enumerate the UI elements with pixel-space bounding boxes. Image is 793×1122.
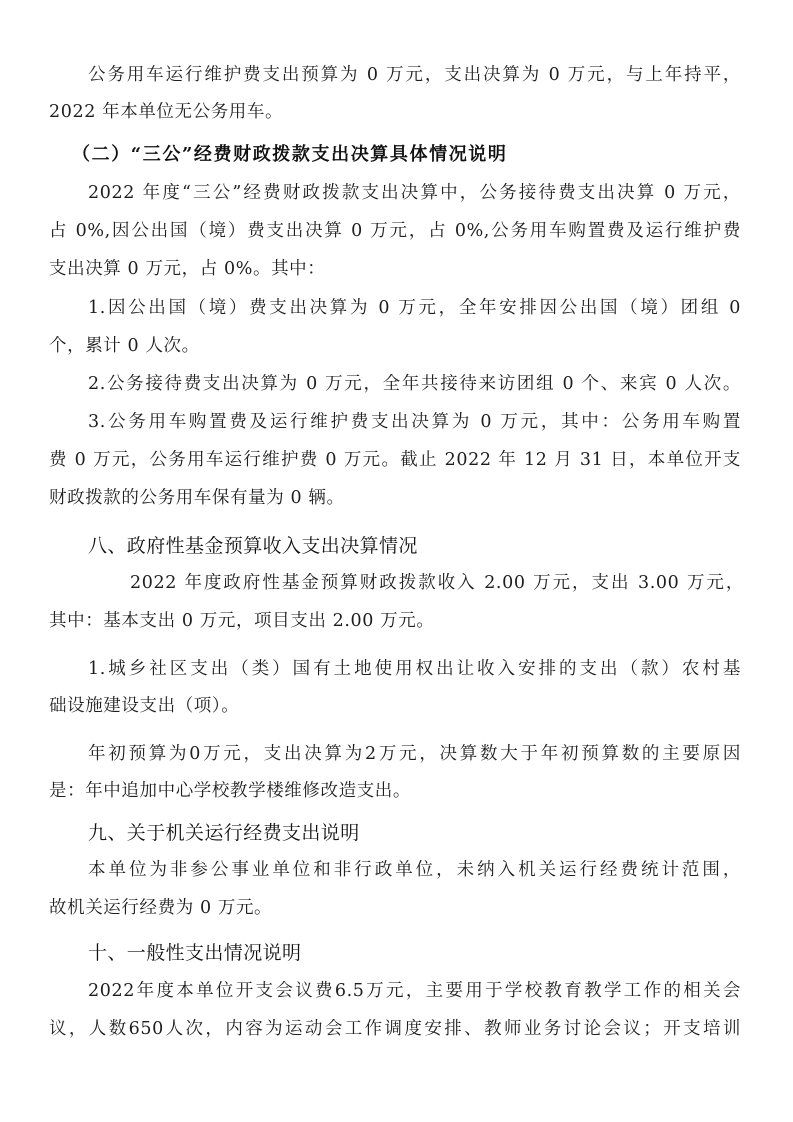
list-item-line: 费 0 万元，公务用车运行维护费 0 万元。截止 2022 年 12 月 31 … (49, 449, 741, 471)
list-item-line: 1.城乡社区支出（类）国有土地使用权出让收入安排的支出（款）农村基 (88, 658, 741, 680)
list-item-line: 1.因公出国（境）费支出决算为 0 万元，全年安排因公出国（境）团组 0 (88, 297, 741, 319)
section-heading-general-expenses: 十、一般性支出情况说明 (88, 942, 788, 964)
paragraph-line: 2022年度本单位开支会议费6.5万元，主要用于学校教育教学工作的相关会 (88, 980, 741, 1002)
paragraph-line: 议，人数650人次，内容为运动会工作调度安排、教师业务讨论会议；开支培训 (49, 1018, 741, 1040)
section-heading-operating-expenses: 九、关于机关运行经费支出说明 (88, 822, 788, 844)
list-item-line: 2.公务接待费支出决算为 0 万元，全年共接待来访团组 0 个、来宾 0 人次。 (88, 373, 741, 395)
paragraph-line: 其中：基本支出 0 万元，项目支出 2.00 万元。 (49, 610, 749, 632)
list-item-line: 3.公务用车购置费及运行维护费支出决算为 0 万元，其中：公务用车购置 (88, 411, 741, 433)
paragraph-line: 支出决算 0 万元，占 0%。其中： (49, 258, 749, 280)
paragraph-line: 年初预算为0万元，支出决算为2万元，决算数大于年初预算数的主要原因 (88, 743, 741, 765)
paragraph-line: 2022 年本单位无公务用车。 (49, 101, 749, 123)
list-item-line: 财政拨款的公务用车保有量为 0 辆。 (49, 487, 749, 509)
paragraph-line: 2022 年度“三公”经费财政拨款支出决算中，公务接待费支出决算 0 万元， (88, 182, 741, 204)
paragraph-line: 是：年中追加中心学校教学楼维修改造支出。 (49, 780, 749, 802)
paragraph-line: 公务用车运行维护费支出预算为 0 万元，支出决算为 0 万元，与上年持平， (88, 64, 741, 86)
list-item-line: 础设施建设支出（项）。 (49, 695, 749, 717)
subheading-three-public-expenses: （二）“三公”经费财政拨款支出决算具体情况说明 (72, 144, 772, 166)
paragraph-line: 占 0%,因公出国（境）费支出决算 0 万元，占 0%,公务用车购置费及运行维护… (49, 220, 741, 242)
document-page: 公务用车运行维护费支出预算为 0 万元，支出决算为 0 万元，与上年持平， 20… (0, 0, 793, 1122)
list-item-line: 个，累计 0 人次。 (49, 335, 749, 357)
section-heading-government-fund: 八、政府性基金预算收入支出决算情况 (88, 535, 788, 557)
paragraph-line: 2022 年度政府性基金预算财政拨款收入 2.00 万元，支出 3.00 万元， (130, 572, 744, 594)
paragraph-line: 故机关运行经费为 0 万元。 (49, 897, 749, 919)
paragraph-line: 本单位为非参公事业单位和非行政单位，未纳入机关运行经费统计范围， (88, 859, 741, 881)
